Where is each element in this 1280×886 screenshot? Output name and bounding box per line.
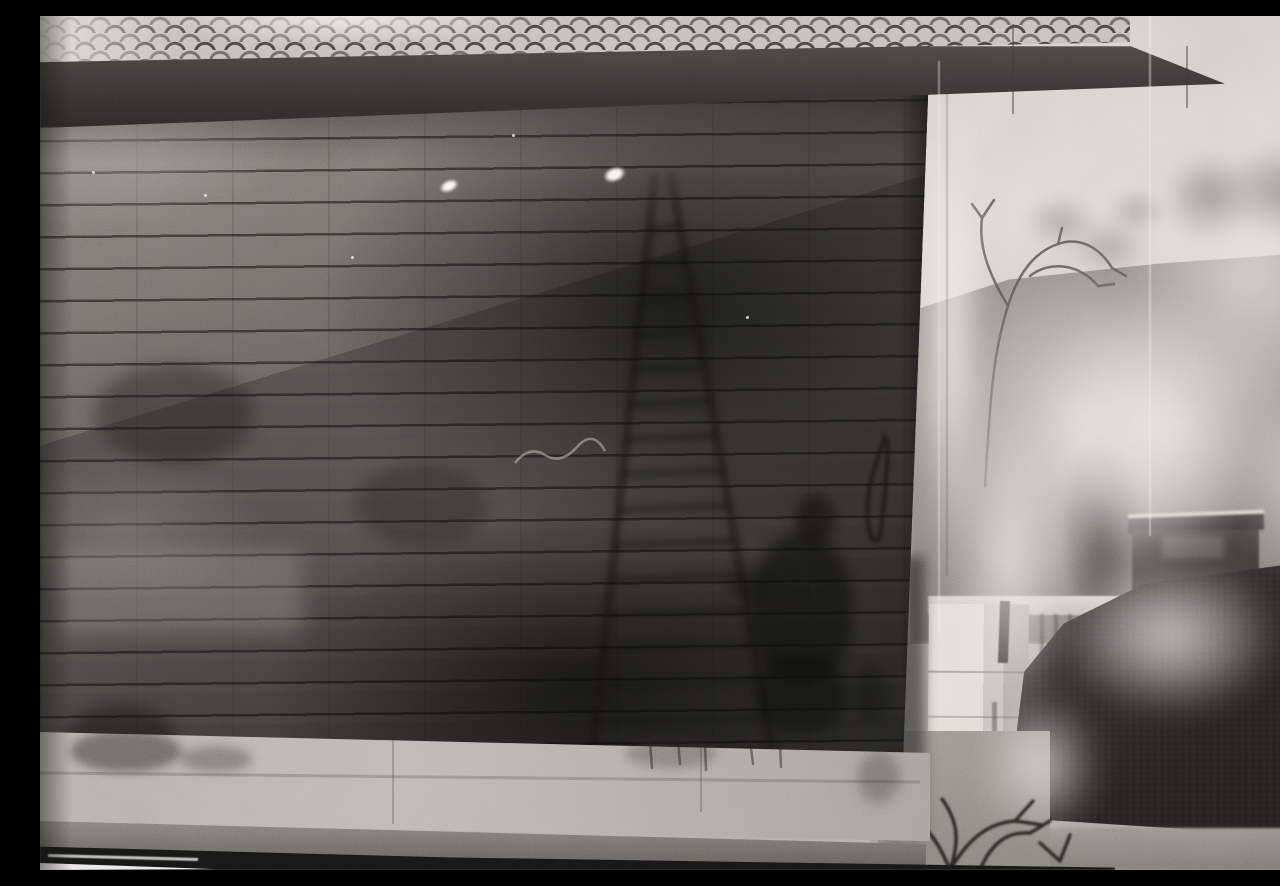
figure-shadow-lower: [758, 656, 846, 731]
dust-speck: [746, 316, 749, 319]
wall-stain: [95, 364, 255, 464]
rope-shadow: [855, 431, 905, 581]
photograph: [40, 16, 1280, 870]
foundation-stain: [70, 730, 182, 772]
foundation-stain: [180, 746, 252, 772]
wall-light-patch: [60, 549, 302, 633]
foundation-seam: [392, 732, 394, 824]
wall-stain: [355, 464, 487, 546]
vertical-scratch: [938, 61, 940, 631]
dust-speck: [92, 171, 95, 174]
vertical-scratch: [1149, 16, 1151, 536]
eave-drip-line: [1186, 46, 1188, 108]
small-shadow-blob: [852, 666, 888, 724]
dust-speck: [512, 134, 515, 137]
dust-speck: [204, 194, 207, 197]
dust-speck: [351, 256, 354, 259]
eave-drip-line: [1012, 24, 1014, 114]
left-edge-shade: [40, 16, 72, 870]
foundation-tick-marks: [630, 734, 830, 784]
foreground-plant: [920, 751, 1095, 870]
smoke-puff: [1058, 554, 1280, 716]
wall-scribble-mark: [510, 431, 610, 476]
vertical-scratch: [946, 76, 948, 576]
figure-shadow-arm: [728, 572, 768, 598]
foundation-stain: [858, 751, 900, 803]
